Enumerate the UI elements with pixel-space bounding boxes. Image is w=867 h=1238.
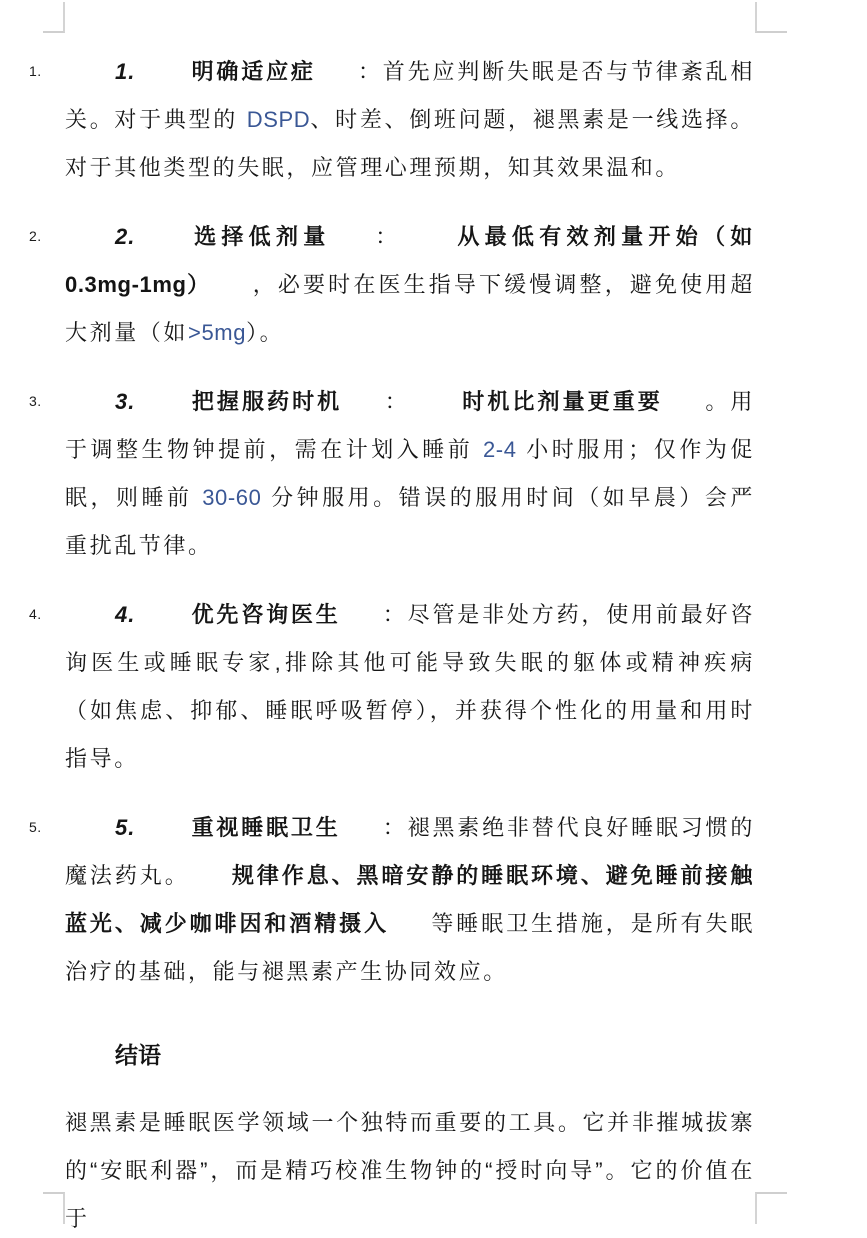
item-2-bold-text: 从最低有效剂量开始（如: [455, 224, 755, 249]
item-3-hours-range: 2-4: [483, 437, 517, 462]
item-2-text-2: ）。: [246, 320, 284, 345]
margin-list-number-3: 3.: [29, 394, 61, 408]
margin-list-number-2: 2.: [29, 229, 61, 243]
list-item-1: 1. 1.明确适应症：首先应判断失眠是否与节律紊乱相关。对于典型的 DSPD、时…: [65, 48, 755, 192]
item-4-text: ：尽管是非处方药，使用前最好咨询医生或睡眠专家,排除其他可能导致失眠的躯体或精神…: [65, 602, 755, 771]
document-page: 1. 1.明确适应症：首先应判断失眠是否与节律紊乱相关。对于典型的 DSPD、时…: [0, 0, 867, 1238]
item-1-term-dspd: DSPD: [247, 107, 311, 132]
list-item-4: 4. 4.优先咨询医生：尽管是非处方药，使用前最好咨询医生或睡眠专家,排除其他可…: [65, 591, 755, 783]
margin-list-number-5: 5.: [29, 820, 61, 834]
item-3-title: 把握服药时机: [191, 389, 342, 414]
list-item-2-paragraph: 2.选择低剂量：从最低有效剂量开始（如 0.3mg-1mg），必要时在医生指导下…: [65, 213, 755, 357]
item-3-colon: ：: [384, 389, 410, 414]
conclusion-heading: 结语: [65, 1031, 755, 1079]
item-1-title: 明确适应症: [191, 59, 315, 84]
item-3-bold-text: 时机比剂量更重要: [462, 389, 663, 414]
text-boundary-mark-top-left: [43, 2, 65, 33]
item-2-dose-max: >5mg: [188, 320, 246, 345]
item-4-title: 优先咨询医生: [191, 602, 340, 627]
item-2-number: 2.: [115, 224, 135, 249]
document-text-area: 1. 1.明确适应症：首先应判断失眠是否与节律紊乱相关。对于典型的 DSPD、时…: [65, 33, 755, 1238]
text-boundary-mark-bottom-left: [43, 1192, 65, 1224]
item-4-number: 4.: [115, 602, 135, 627]
list-item-2: 2. 2.选择低剂量：从最低有效剂量开始（如 0.3mg-1mg），必要时在医生…: [65, 213, 755, 357]
text-boundary-mark-top-right: [755, 2, 787, 33]
item-5-title: 重视睡眠卫生: [191, 815, 340, 840]
item-3-number: 3.: [115, 389, 135, 414]
item-2-dose-range: 0.3mg-1mg）: [65, 272, 210, 297]
margin-list-number-1: 1.: [29, 64, 61, 78]
item-2-title: 选择低剂量: [191, 224, 330, 249]
item-3-minutes-range: 30-60: [202, 485, 261, 510]
margin-list-number-4: 4.: [29, 607, 61, 621]
list-item-3-paragraph: 3.把握服药时机：时机比剂量更重要。用于调整生物钟提前，需在计划入睡前 2-4 …: [65, 378, 755, 570]
item-2-colon: ：: [373, 224, 403, 249]
list-item-4-paragraph: 4.优先咨询医生：尽管是非处方药，使用前最好咨询医生或睡眠专家,排除其他可能导致…: [65, 591, 755, 783]
closing-paragraph: 褪黑素是睡眠医学领域一个独特而重要的工具。它并非摧城拔寨的“安眠利器”，而是精巧…: [65, 1099, 755, 1238]
list-item-5-paragraph: 5.重视睡眠卫生：褪黑素绝非替代良好睡眠习惯的魔法药丸。规律作息、黑暗安静的睡眠…: [65, 804, 755, 996]
list-item-5: 5. 5.重视睡眠卫生：褪黑素绝非替代良好睡眠习惯的魔法药丸。规律作息、黑暗安静…: [65, 804, 755, 996]
item-5-number: 5.: [115, 815, 135, 840]
text-boundary-mark-bottom-right: [755, 1192, 787, 1224]
list-item-1-paragraph: 1.明确适应症：首先应判断失眠是否与节律紊乱相关。对于典型的 DSPD、时差、倒…: [65, 48, 755, 192]
item-1-number: 1.: [115, 59, 135, 84]
list-item-3: 3. 3.把握服药时机：时机比剂量更重要。用于调整生物钟提前，需在计划入睡前 2…: [65, 378, 755, 570]
